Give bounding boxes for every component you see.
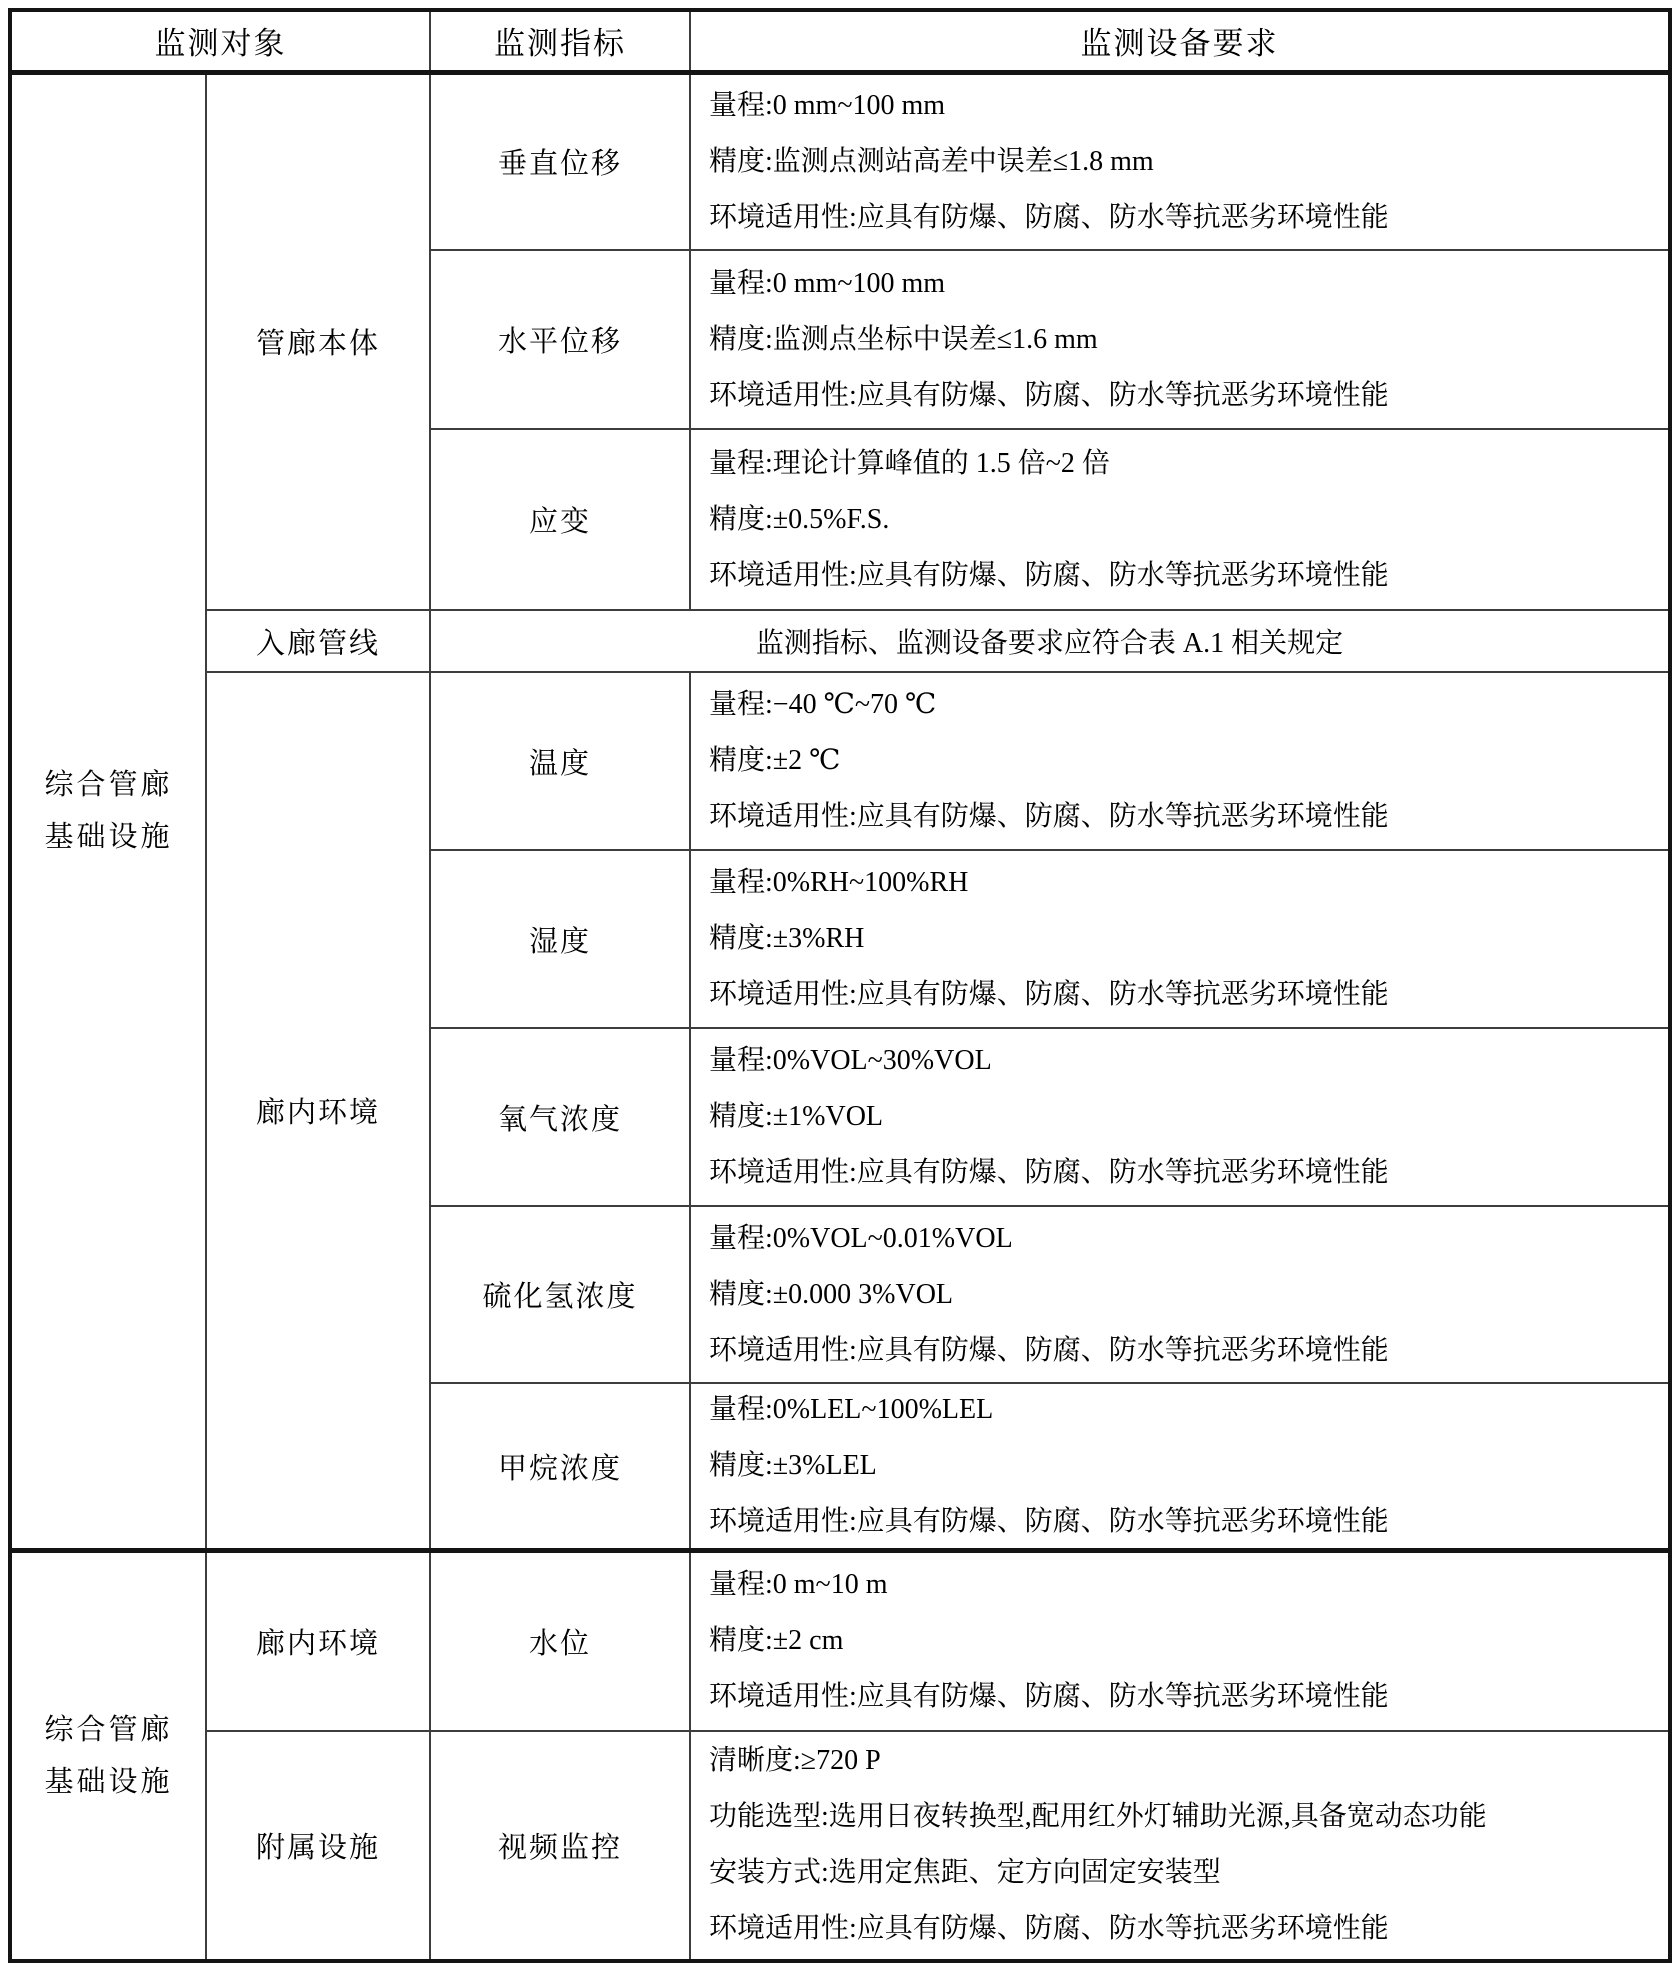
spec-range: 量程:0 mm~100 mm bbox=[709, 90, 1652, 122]
spec-range: 量程:0%VOL~0.01%VOL bbox=[709, 1223, 1652, 1255]
indicator-cell: 氧气浓度 bbox=[430, 1028, 690, 1206]
spec-cell: 量程:0%VOL~30%VOL 精度:±1%VOL 环境适用性:应具有防爆、防腐… bbox=[690, 1028, 1670, 1206]
spec-environment: 环境适用性:应具有防爆、防腐、防水等抗恶劣环境性能 bbox=[709, 801, 1652, 833]
document-page: 监测对象 监测指标 监测设备要求 综合管廊 基础设施 管廊本体 垂直位移 量程:… bbox=[0, 0, 1676, 1979]
spec-cell: 量程:−40 ℃~70 ℃ 精度:±2 ℃ 环境适用性:应具有防爆、防腐、防水等… bbox=[690, 672, 1670, 850]
group-ancillary-facilities: 附属设施 bbox=[206, 1731, 430, 1961]
spec-accuracy: 精度:±3%RH bbox=[709, 923, 1652, 955]
spec-clarity: 清晰度:≥720 P bbox=[709, 1745, 1652, 1777]
spec-accuracy: 精度:监测点测站高差中误差≤1.8 mm bbox=[709, 146, 1652, 178]
object-line: 综合管廊 bbox=[12, 759, 205, 811]
spec-stack: 量程:0%RH~100%RH 精度:±3%RH 环境适用性:应具有防爆、防腐、防… bbox=[709, 867, 1652, 1011]
header-monitoring-indicator: 监测指标 bbox=[430, 10, 690, 72]
spec-range: 量程:0%LEL~100%LEL bbox=[709, 1394, 1652, 1426]
spec-environment: 环境适用性:应具有防爆、防腐、防水等抗恶劣环境性能 bbox=[709, 380, 1652, 412]
header-monitoring-object: 监测对象 bbox=[10, 10, 430, 72]
spec-environment: 环境适用性:应具有防爆、防腐、防水等抗恶劣环境性能 bbox=[709, 1681, 1652, 1713]
spec-stack: 量程:0%VOL~0.01%VOL 精度:±0.000 3%VOL 环境适用性:… bbox=[709, 1223, 1652, 1367]
spec-stack: 量程:0%VOL~30%VOL 精度:±1%VOL 环境适用性:应具有防爆、防腐… bbox=[709, 1045, 1652, 1189]
spec-environment: 环境适用性:应具有防爆、防腐、防水等抗恶劣环境性能 bbox=[709, 202, 1652, 234]
object-line: 基础设施 bbox=[12, 811, 205, 863]
spec-environment: 环境适用性:应具有防爆、防腐、防水等抗恶劣环境性能 bbox=[709, 1506, 1652, 1538]
spec-accuracy: 精度:监测点坐标中误差≤1.6 mm bbox=[709, 324, 1652, 356]
spec-range: 量程:−40 ℃~70 ℃ bbox=[709, 689, 1652, 721]
spec-installation: 安装方式:选用定焦距、定方向固定安装型 bbox=[709, 1857, 1652, 1889]
merged-note-cell: 监测指标、监测设备要求应符合表 A.1 相关规定 bbox=[430, 610, 1670, 672]
spec-stack: 量程:0%LEL~100%LEL 精度:±3%LEL 环境适用性:应具有防爆、防… bbox=[709, 1394, 1652, 1538]
object-line: 综合管廊 bbox=[12, 1704, 205, 1756]
spec-stack: 量程:0 mm~100 mm 精度:监测点测站高差中误差≤1.8 mm 环境适用… bbox=[709, 90, 1652, 234]
spec-cell: 量程:0%LEL~100%LEL 精度:±3%LEL 环境适用性:应具有防爆、防… bbox=[690, 1383, 1670, 1551]
section1-object-cell: 综合管廊 基础设施 bbox=[10, 72, 206, 1551]
indicator-cell: 应变 bbox=[430, 429, 690, 610]
spec-accuracy: 精度:±0.000 3%VOL bbox=[709, 1279, 1652, 1311]
spec-range: 量程:0 m~10 m bbox=[709, 1569, 1652, 1601]
spec-cell: 量程:0 mm~100 mm 精度:监测点测站高差中误差≤1.8 mm 环境适用… bbox=[690, 72, 1670, 250]
spec-range: 量程:0%VOL~30%VOL bbox=[709, 1045, 1652, 1077]
group-corridor-environment: 廊内环境 bbox=[206, 1551, 430, 1731]
spec-environment: 环境适用性:应具有防爆、防腐、防水等抗恶劣环境性能 bbox=[709, 1157, 1652, 1189]
spec-stack: 量程:0 m~10 m 精度:±2 cm 环境适用性:应具有防爆、防腐、防水等抗… bbox=[709, 1569, 1652, 1713]
monitoring-table: 监测对象 监测指标 监测设备要求 综合管廊 基础设施 管廊本体 垂直位移 量程:… bbox=[8, 8, 1672, 1963]
indicator-cell: 水位 bbox=[430, 1551, 690, 1731]
spec-stack: 清晰度:≥720 P 功能选型:选用日夜转换型,配用红外灯辅助光源,具备宽动态功… bbox=[709, 1745, 1652, 1945]
indicator-cell: 水平位移 bbox=[430, 250, 690, 429]
spec-function-type: 功能选型:选用日夜转换型,配用红外灯辅助光源,具备宽动态功能 bbox=[709, 1801, 1652, 1833]
group-corridor-environment: 廊内环境 bbox=[206, 672, 430, 1551]
indicator-cell: 温度 bbox=[430, 672, 690, 850]
indicator-cell: 视频监控 bbox=[430, 1731, 690, 1961]
spec-cell: 清晰度:≥720 P 功能选型:选用日夜转换型,配用红外灯辅助光源,具备宽动态功… bbox=[690, 1731, 1670, 1961]
row-vertical-displacement: 综合管廊 基础设施 管廊本体 垂直位移 量程:0 mm~100 mm 精度:监测… bbox=[10, 72, 1670, 250]
indicator-cell: 垂直位移 bbox=[430, 72, 690, 250]
spec-range: 量程:0%RH~100%RH bbox=[709, 867, 1652, 899]
spec-environment: 环境适用性:应具有防爆、防腐、防水等抗恶劣环境性能 bbox=[709, 1913, 1652, 1945]
group-entering-pipelines: 入廊管线 bbox=[206, 610, 430, 672]
row-entering-pipelines: 入廊管线 监测指标、监测设备要求应符合表 A.1 相关规定 bbox=[10, 610, 1670, 672]
header-equipment-requirement: 监测设备要求 bbox=[690, 10, 1670, 72]
spec-stack: 量程:−40 ℃~70 ℃ 精度:±2 ℃ 环境适用性:应具有防爆、防腐、防水等… bbox=[709, 689, 1652, 833]
spec-cell: 量程:0 mm~100 mm 精度:监测点坐标中误差≤1.6 mm 环境适用性:… bbox=[690, 250, 1670, 429]
spec-environment: 环境适用性:应具有防爆、防腐、防水等抗恶劣环境性能 bbox=[709, 1335, 1652, 1367]
spec-environment: 环境适用性:应具有防爆、防腐、防水等抗恶劣环境性能 bbox=[709, 979, 1652, 1011]
spec-environment: 环境适用性:应具有防爆、防腐、防水等抗恶劣环境性能 bbox=[709, 560, 1652, 592]
spec-stack: 量程:理论计算峰值的 1.5 倍~2 倍 精度:±0.5%F.S. 环境适用性:… bbox=[709, 448, 1652, 592]
row-water-level: 综合管廊 基础设施 廊内环境 水位 量程:0 m~10 m 精度:±2 cm 环… bbox=[10, 1551, 1670, 1731]
indicator-cell: 甲烷浓度 bbox=[430, 1383, 690, 1551]
spec-cell: 量程:0%RH~100%RH 精度:±3%RH 环境适用性:应具有防爆、防腐、防… bbox=[690, 850, 1670, 1028]
spec-range: 量程:理论计算峰值的 1.5 倍~2 倍 bbox=[709, 448, 1652, 480]
spec-cell: 量程:0 m~10 m 精度:±2 cm 环境适用性:应具有防爆、防腐、防水等抗… bbox=[690, 1551, 1670, 1731]
spec-cell: 量程:理论计算峰值的 1.5 倍~2 倍 精度:±0.5%F.S. 环境适用性:… bbox=[690, 429, 1670, 610]
indicator-cell: 硫化氢浓度 bbox=[430, 1206, 690, 1383]
row-video-surveillance: 附属设施 视频监控 清晰度:≥720 P 功能选型:选用日夜转换型,配用红外灯辅… bbox=[10, 1731, 1670, 1961]
table-header-row: 监测对象 监测指标 监测设备要求 bbox=[10, 10, 1670, 72]
spec-accuracy: 精度:±1%VOL bbox=[709, 1101, 1652, 1133]
row-temperature: 廊内环境 温度 量程:−40 ℃~70 ℃ 精度:±2 ℃ 环境适用性:应具有防… bbox=[10, 672, 1670, 850]
spec-accuracy: 精度:±3%LEL bbox=[709, 1450, 1652, 1482]
section2-object-cell: 综合管廊 基础设施 bbox=[10, 1551, 206, 1961]
indicator-cell: 湿度 bbox=[430, 850, 690, 1028]
spec-stack: 量程:0 mm~100 mm 精度:监测点坐标中误差≤1.6 mm 环境适用性:… bbox=[709, 268, 1652, 412]
spec-cell: 量程:0%VOL~0.01%VOL 精度:±0.000 3%VOL 环境适用性:… bbox=[690, 1206, 1670, 1383]
spec-accuracy: 精度:±0.5%F.S. bbox=[709, 504, 1652, 536]
spec-accuracy: 精度:±2 ℃ bbox=[709, 745, 1652, 777]
object-line: 基础设施 bbox=[12, 1756, 205, 1808]
spec-accuracy: 精度:±2 cm bbox=[709, 1625, 1652, 1657]
group-corridor-body: 管廊本体 bbox=[206, 72, 430, 610]
spec-range: 量程:0 mm~100 mm bbox=[709, 268, 1652, 300]
